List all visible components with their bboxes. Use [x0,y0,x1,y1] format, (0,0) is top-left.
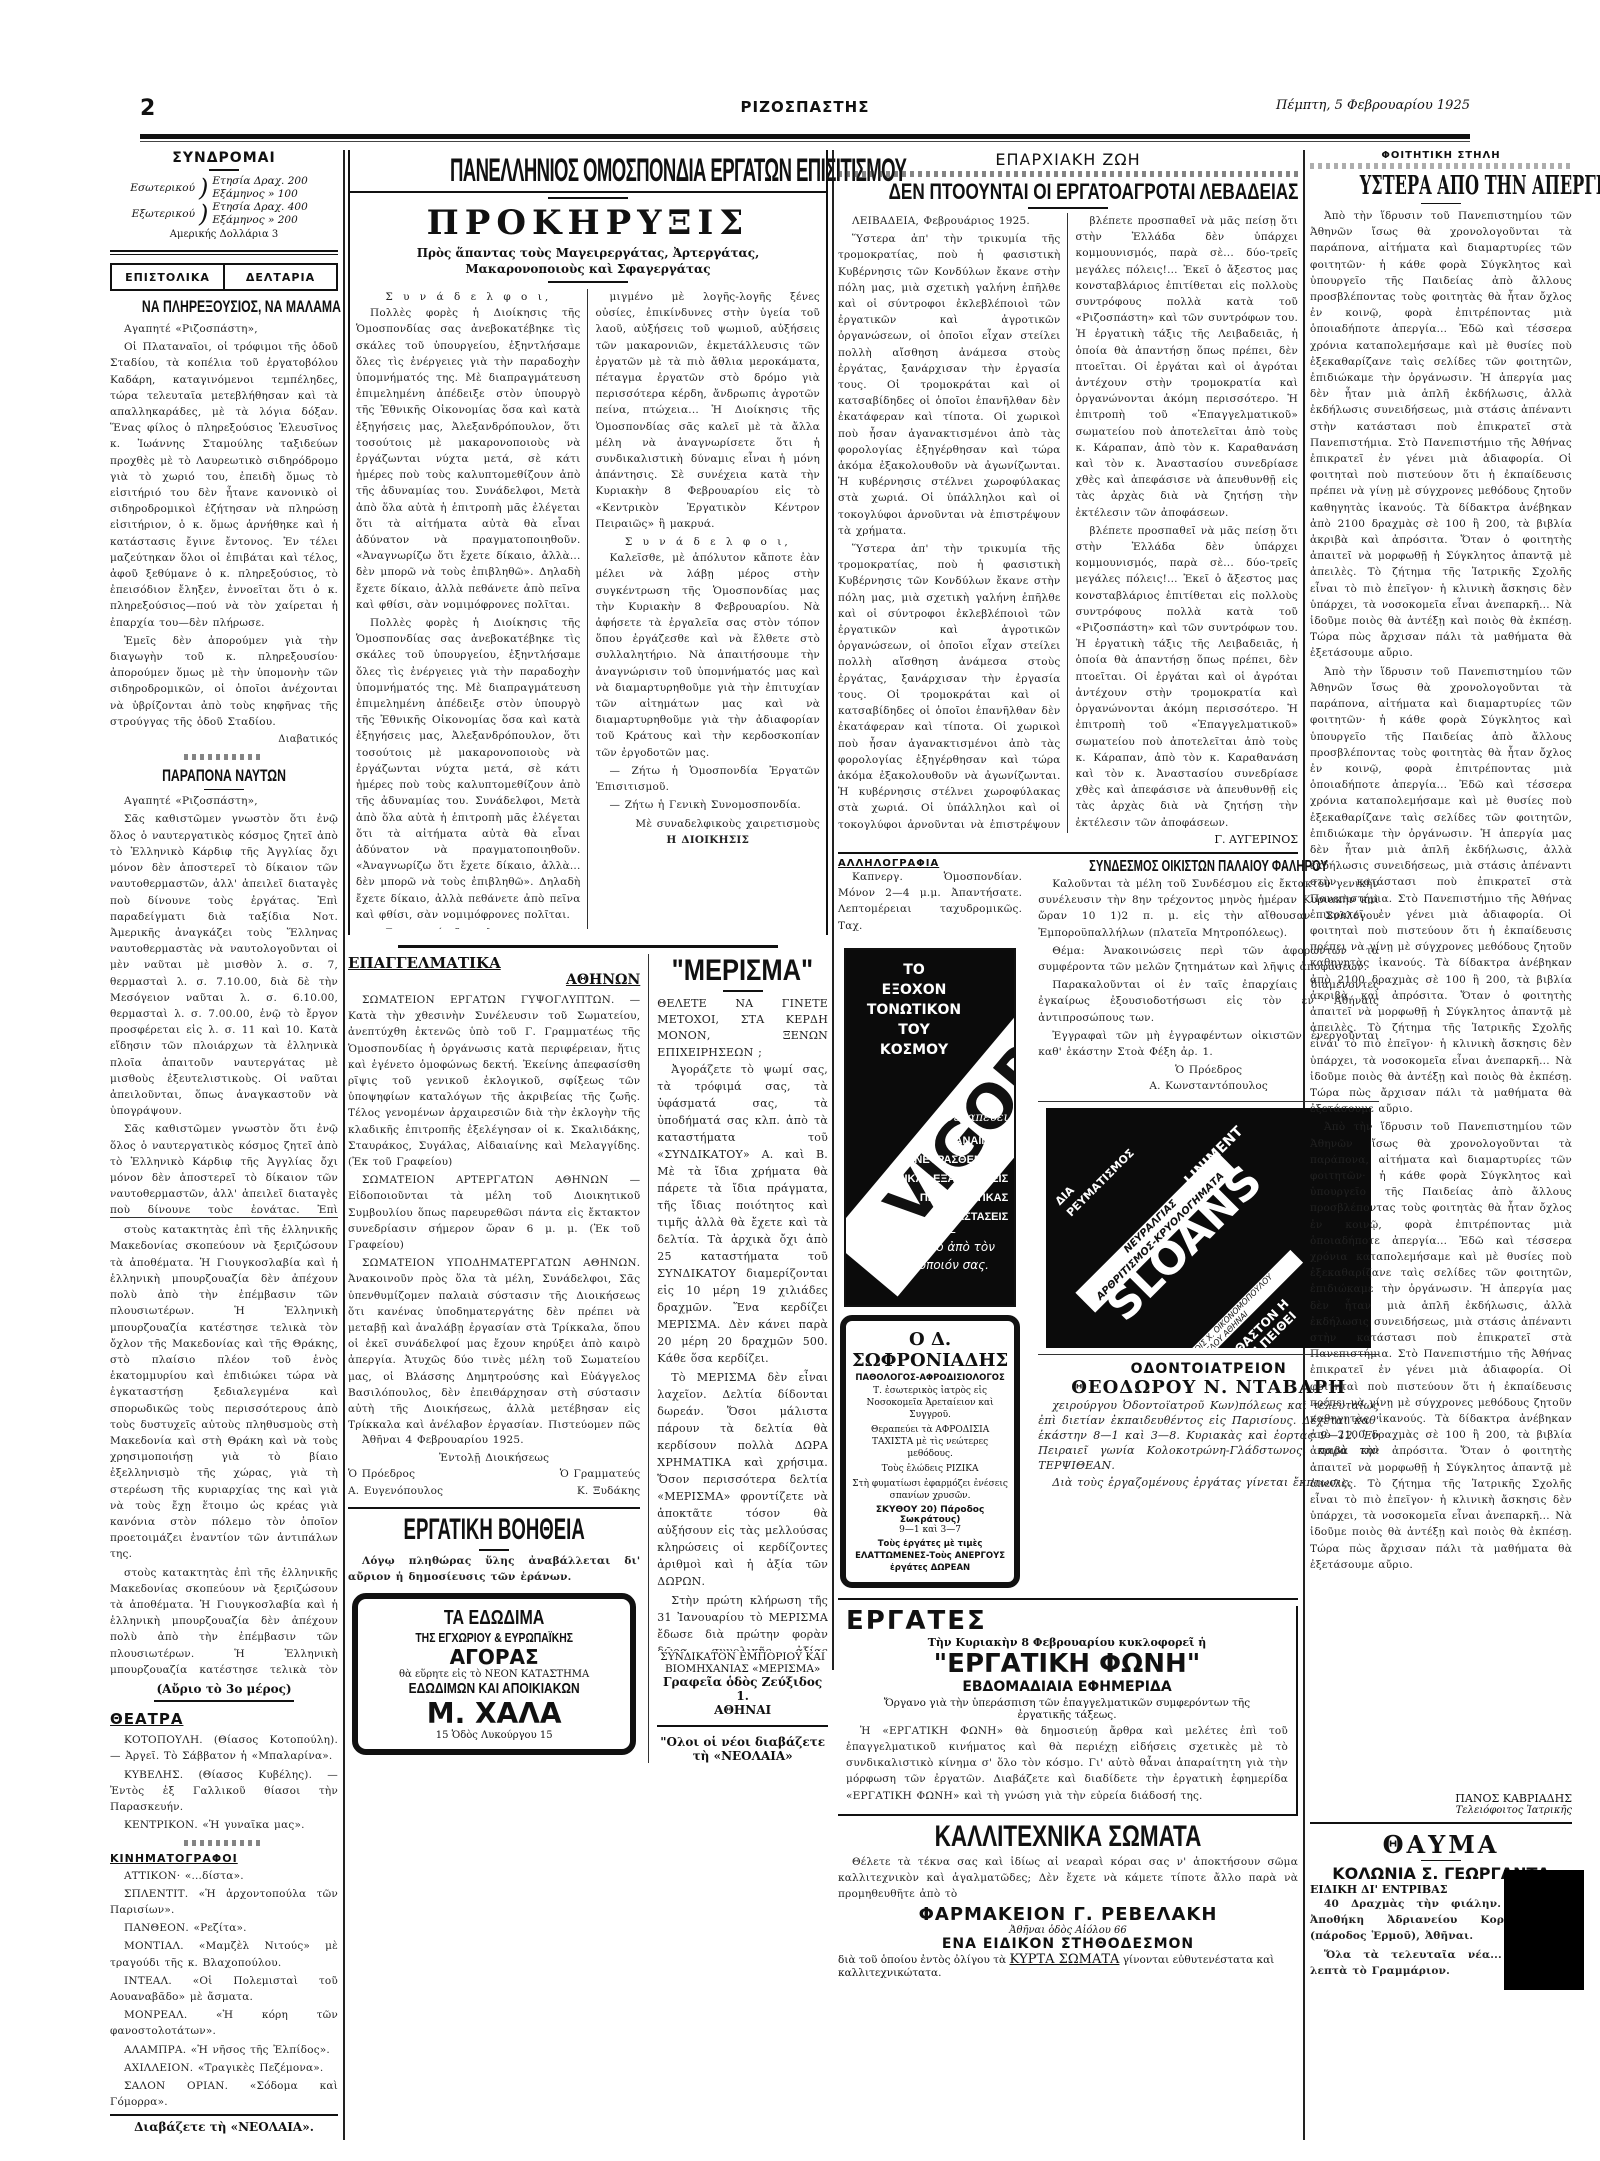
listing-item: ΣΑΛΟΝ ΟΡΙΑΝ. «Σόδομα καὶ Γόμορρα». [110,2078,338,2110]
masthead-rule-thin [140,141,1470,142]
scan-damage-block [1504,1870,1584,1990]
professional-news: ΕΠΑΓΓΕΛΜΑΤΙΚΑ ΑΘΗΝΩΝ ΣΩΜΑΤΕΙΟΝ ΕΡΓΑΤΩΝ Γ… [348,954,640,1763]
hala-grocery-ad: ΤΑ ΕΔΩΔΙΜΑ ΤΗΣ ΕΓΧΩΡΙΟΥ & ΕΥΡΩΠΑΪΚΗΣ ΑΓΟ… [352,1593,636,1755]
proclamation-title: ΠΡΟΚΗΡΥΞΙΣ [356,203,820,243]
domestic-label: Εσωτερικού [110,182,199,194]
federation-title: ΠΑΝΕΛΛΗΝΙΟΣ ΟΜΟΣΠΟΝΔΙΑ ΕΡΓΑΤΩΝ ΕΠΙΣΙΤΙΣΜ… [450,152,726,189]
listing-item: ΚΟΤΟΠΟΥΛΗ. (Θίασος Κοτοπούλη). — Ἀργεῖ. … [110,1732,338,1764]
kallitexnika-somata-ad: ΚΑΛΛΙΤΕΧΝΙΚΑ ΣΩΜΑΤΑ Θέλετε τὰ τέκνα σας … [838,1816,1298,1984]
date-line: Ἀθῆναι 4 Φεβρουαρίου 1925. [348,1432,640,1448]
correspondence-title: ΑΛΛΗΛΟΓΡΑΦΙΑ [838,858,1022,869]
column-1: ΣΥΝΔΡΟΜΑΙ Εσωτερικού ) Ετησία Δραχ. 200 … [110,150,338,2134]
continued-note: (Αὔριο τὸ 3ο μέρος) [110,1682,338,1696]
merisma-ad: "ΜΕΡΙΣΜΑ" ΘΕΛΕΤΕ ΝΑ ΓΙΝΕΤΕ ΜΕΤΟΧΟΙ, ΣΤΑ … [657,954,828,1763]
section-tabs: ΕΠΙΣΤΟΛΙΚΑ ΔΕΛΤΑΡΙΑ [110,263,338,291]
signature: Γ. ΑΥΓΕΡΙΝΟΣ [838,833,1298,846]
column-3: ΕΠΑΡΧΙΑΚΗ ΖΩΗ ΔΕΝ ΠΤΟΟΥΝΤΑΙ ΟΙ ΕΡΓΑΤΟΑΓΡ… [838,150,1298,1983]
section-title: ΦΟΙΤΗΤΙΚΗ ΣΤΗΛΗ [1310,150,1572,161]
signature: Η ΔΙΟΙΚΗΣΙΣ [596,832,821,848]
listing-item: ΙΝΤΕΑΛ. «Οἱ Πολεμισταὶ τοῦ Αουαναβᾶδο» μ… [110,1973,338,2005]
masthead-rule [140,134,1470,139]
article-title: ΠΑΡΑΠΟΝΑ ΝΑΥΤΩΝ [142,766,306,786]
cinemas-listing: ΚΙΝΗΜΑΤΟΓΡΑΦΟΙ ΑΤΤΙΚΟΝ· «...δίστα». ΣΠΛΕ… [110,1852,338,2135]
dateline: ΛΕΙΒΑΔΕΙΑ, Φεβρουάριος 1925. [838,213,1061,229]
section-title: ΚΙΝΗΜΑΤΟΓΡΑΦΟΙ [110,1852,338,1865]
section-title: ΕΠΑΓΓΕΛΜΑΤΙΚΑ [348,954,640,972]
ergatiki-foni-name: "ΕΡΓΑΤΙΚΗ ΦΩΝΗ" [846,1649,1288,1679]
section-subtitle: ΑΘΗΝΩΝ [348,972,640,988]
listing-item: ΜΟΝΤΙΑΛ. «Μαμζὲλ Νιτούς» μὲ τραγούδι τῆς… [110,1938,338,1970]
association-title: ΣΥΝΔΕΣΜΟΣ ΟΙΚΙΣΤΩΝ ΠΑΛΑΙΟΥ ΦΑΛΗΡΟΥ [1089,858,1328,876]
merisma-title: "ΜΕΡΙΣΜΑ" [670,954,815,988]
proclamation: ΠΡΟΚΗΡΥΞΙΣ Πρὸς ἅπαντας τοὺς Μαγειρεργάτ… [348,193,828,935]
doctor-sofroniadis-ad: Ο Δ. ΣΩΦΡΟΝΙΑΔΗΣ ΠΑΘΟΛΟΓΟΣ-ΑΦΡΟΔΙΣΙΟΛΟΓΟ… [840,1315,1020,1588]
signature: ΠΑΝΟΣ ΚΑΒΡΙΑΔΗΣ [1310,1792,1572,1805]
column-divider [832,150,834,1670]
vigor-ad: ΤΟ ΕΞΟΧΟΝ ΤΟΝΩΤΙΚΟΝ ΤΟΥ ΚΟΣΜΟΥ VIGOR Θερ… [844,948,1016,1307]
tab-letters: ΕΠΙΣΤΟΛΙΚΑ [110,263,223,291]
foreign-label: Εξωτερικού [110,208,199,220]
domestic-halfyear: Εξάμηνος » 100 [212,188,307,201]
listing-item: ΚΥΒΕΛΗΣ. (Θίασος Κυβέλης). — Ἐντὸς ἑξ Γα… [110,1767,338,1816]
issue-date: Πέμπτη, 5 Φεβρουαρίου 1925 [1276,98,1470,113]
federation-banner: ΠΑΝΕΛΛΗΝΙΟΣ ΟΜΟΣΠΟΝΔΙΑ ΕΡΓΑΤΩΝ ΕΠΙΣΙΤΙΣΜ… [348,150,828,193]
signature-role: Τελειόφοιτος Ἰατρικῆς [1310,1805,1572,1816]
article-title: ΥΣΤΕΡΑ ΑΠΟ ΤΗΝ ΑΠΕΡΓΙΑ [1360,171,1522,201]
signature: Διαβατικός [110,732,338,748]
proclamation-addressees: Πρὸς ἅπαντας τοὺς Μαγειρεργάτας, Ἀρτεργά… [356,243,820,279]
ergatiki-foni-ad: ΕΡΓΑΤΕΣ Τὴν Κυριακὴν 8 Φεβρουαρίου κυκλο… [838,1606,1298,1816]
foreign-halfyear: Εξάμηνος » 200 [212,214,307,227]
listing-item: ΑΛΑΜΠΡΑ. «Ἡ νῆσος τῆς Ἐλπίδος». [110,2042,338,2058]
theatres-listing: ΘΕΑΤΡΑ ΚΟΤΟΠΟΥΛΗ. (Θίασος Κοτοπούλη). — … [110,1710,338,1845]
tab-postcards: ΔΕΛΤΑΡΙΑ [223,263,338,291]
column-4: ΦΟΙΤΗΤΙΚΗ ΣΤΗΛΗ ΥΣΤΕΡΑ ΑΠΟ ΤΗΝ ΑΠΕΡΓΙΑ Ἀ… [1310,150,1572,1981]
section-title: ΘΕΑΤΡΑ [110,1710,338,1728]
listing-item: ΣΠΛΕΝΤΙΤ. «Ἡ ἀρχοντοπούλα τῶν Παρισίων». [110,1886,338,1918]
america-rate: Αμερικής Δολλάρια 3 [110,229,338,240]
section-title: ΕΠΑΡΧΙΑΚΗ ΖΩΗ [838,150,1298,169]
article-title: ΝΑ ΠΛΗΡΕΞΟΥΣΙΟΣ, ΝΑ ΜΑΛΑΜΑ [142,297,306,317]
listing-item: ΜΟΝΡΕΑΛ. «Ἡ κόρη τῶν φανοστολοτάτων». [110,2007,338,2039]
listing-item: ΚΕΝΤΡΙΚΟΝ. «Ἡ γυναῖκα μας». [110,1817,338,1833]
column-2: ΠΑΝΕΛΛΗΝΙΟΣ ΟΜΟΣΠΟΝΔΙΑ ΕΡΓΑΤΩΝ ΕΠΙΣΙΤΙΣΜ… [348,150,828,1763]
listing-item: ΑΤΤΙΚΟΝ· «...δίστα». [110,1868,338,1884]
thavma-cologne-ad: ΘΑΥΜΑ ΚΟΛΩΝΙΑ Σ. ΓΕΩΡΓΑΝΤΑ ΕΙΔΙΚΗ ΔΙ' ΕΝ… [1310,1830,1572,1979]
newspaper-title: ΡΙΖΟΣΠΑΣΤΗΣ [140,98,1470,116]
listing-item: ΑΧΙΛΛΕΙΟΝ. «Τραγικὲς Πεζέμονα». [110,2060,338,2076]
masthead: 2 ΡΙΖΟΣΠΑΣΤΗΣ Πέμπτη, 5 Φεβρουαρίου 1925 [140,88,1470,128]
domestic-yearly: Ετησία Δραχ. 200 [212,175,307,188]
article-plirexousios: ΝΑ ΠΛΗΡΕΞΟΥΣΙΟΣ, ΝΑ ΜΑΛΑΜΑ Αγαπητέ «Ριζο… [110,297,338,760]
workers-aid-title: ΕΡΓΑΤΙΚΗ ΒΟΗΘΕΙΑ [404,1513,585,1547]
column-divider [343,150,345,2140]
article-title: ΔΕΝ ΠΤΟΟΥΝΤΑΙ ΟΙ ΕΡΓΑΤΟΑΓΡΟΤΑΙ ΛΕΒΑΔΕΙΑΣ [889,179,1248,205]
foreign-yearly: Ετησία Δραχ. 400 [212,201,307,214]
article-macedonia: στοὺς κατακτητὰς ἐπὶ τῆς ἑλληνικῆς Μακεδ… [110,1222,338,1702]
listing-item: ΠΑΝΘΕΟΝ. «Ρεζίτα». [110,1920,338,1936]
subscriptions-title: ΣΥΝΔΡΟΜΑΙ [110,150,338,166]
neolaia-promo: "Ολοι οἱ νέοι διαβάζετε τὴ «ΝΕΟΛΑΙΑ» [657,1735,828,1763]
article-sailors: ΠΑΡΑΠΟΝΑ ΝΑΥΤΩΝ Αγαπητέ «Ριζοσπάστη», Σᾶ… [110,766,338,1213]
neolaia-promo: Διαβάζετε τὴ «ΝΕΟΛΑΙΑ». [110,2120,338,2134]
subscriptions-box: ΣΥΝΔΡΟΜΑΙ Εσωτερικού ) Ετησία Δραχ. 200 … [110,150,338,255]
